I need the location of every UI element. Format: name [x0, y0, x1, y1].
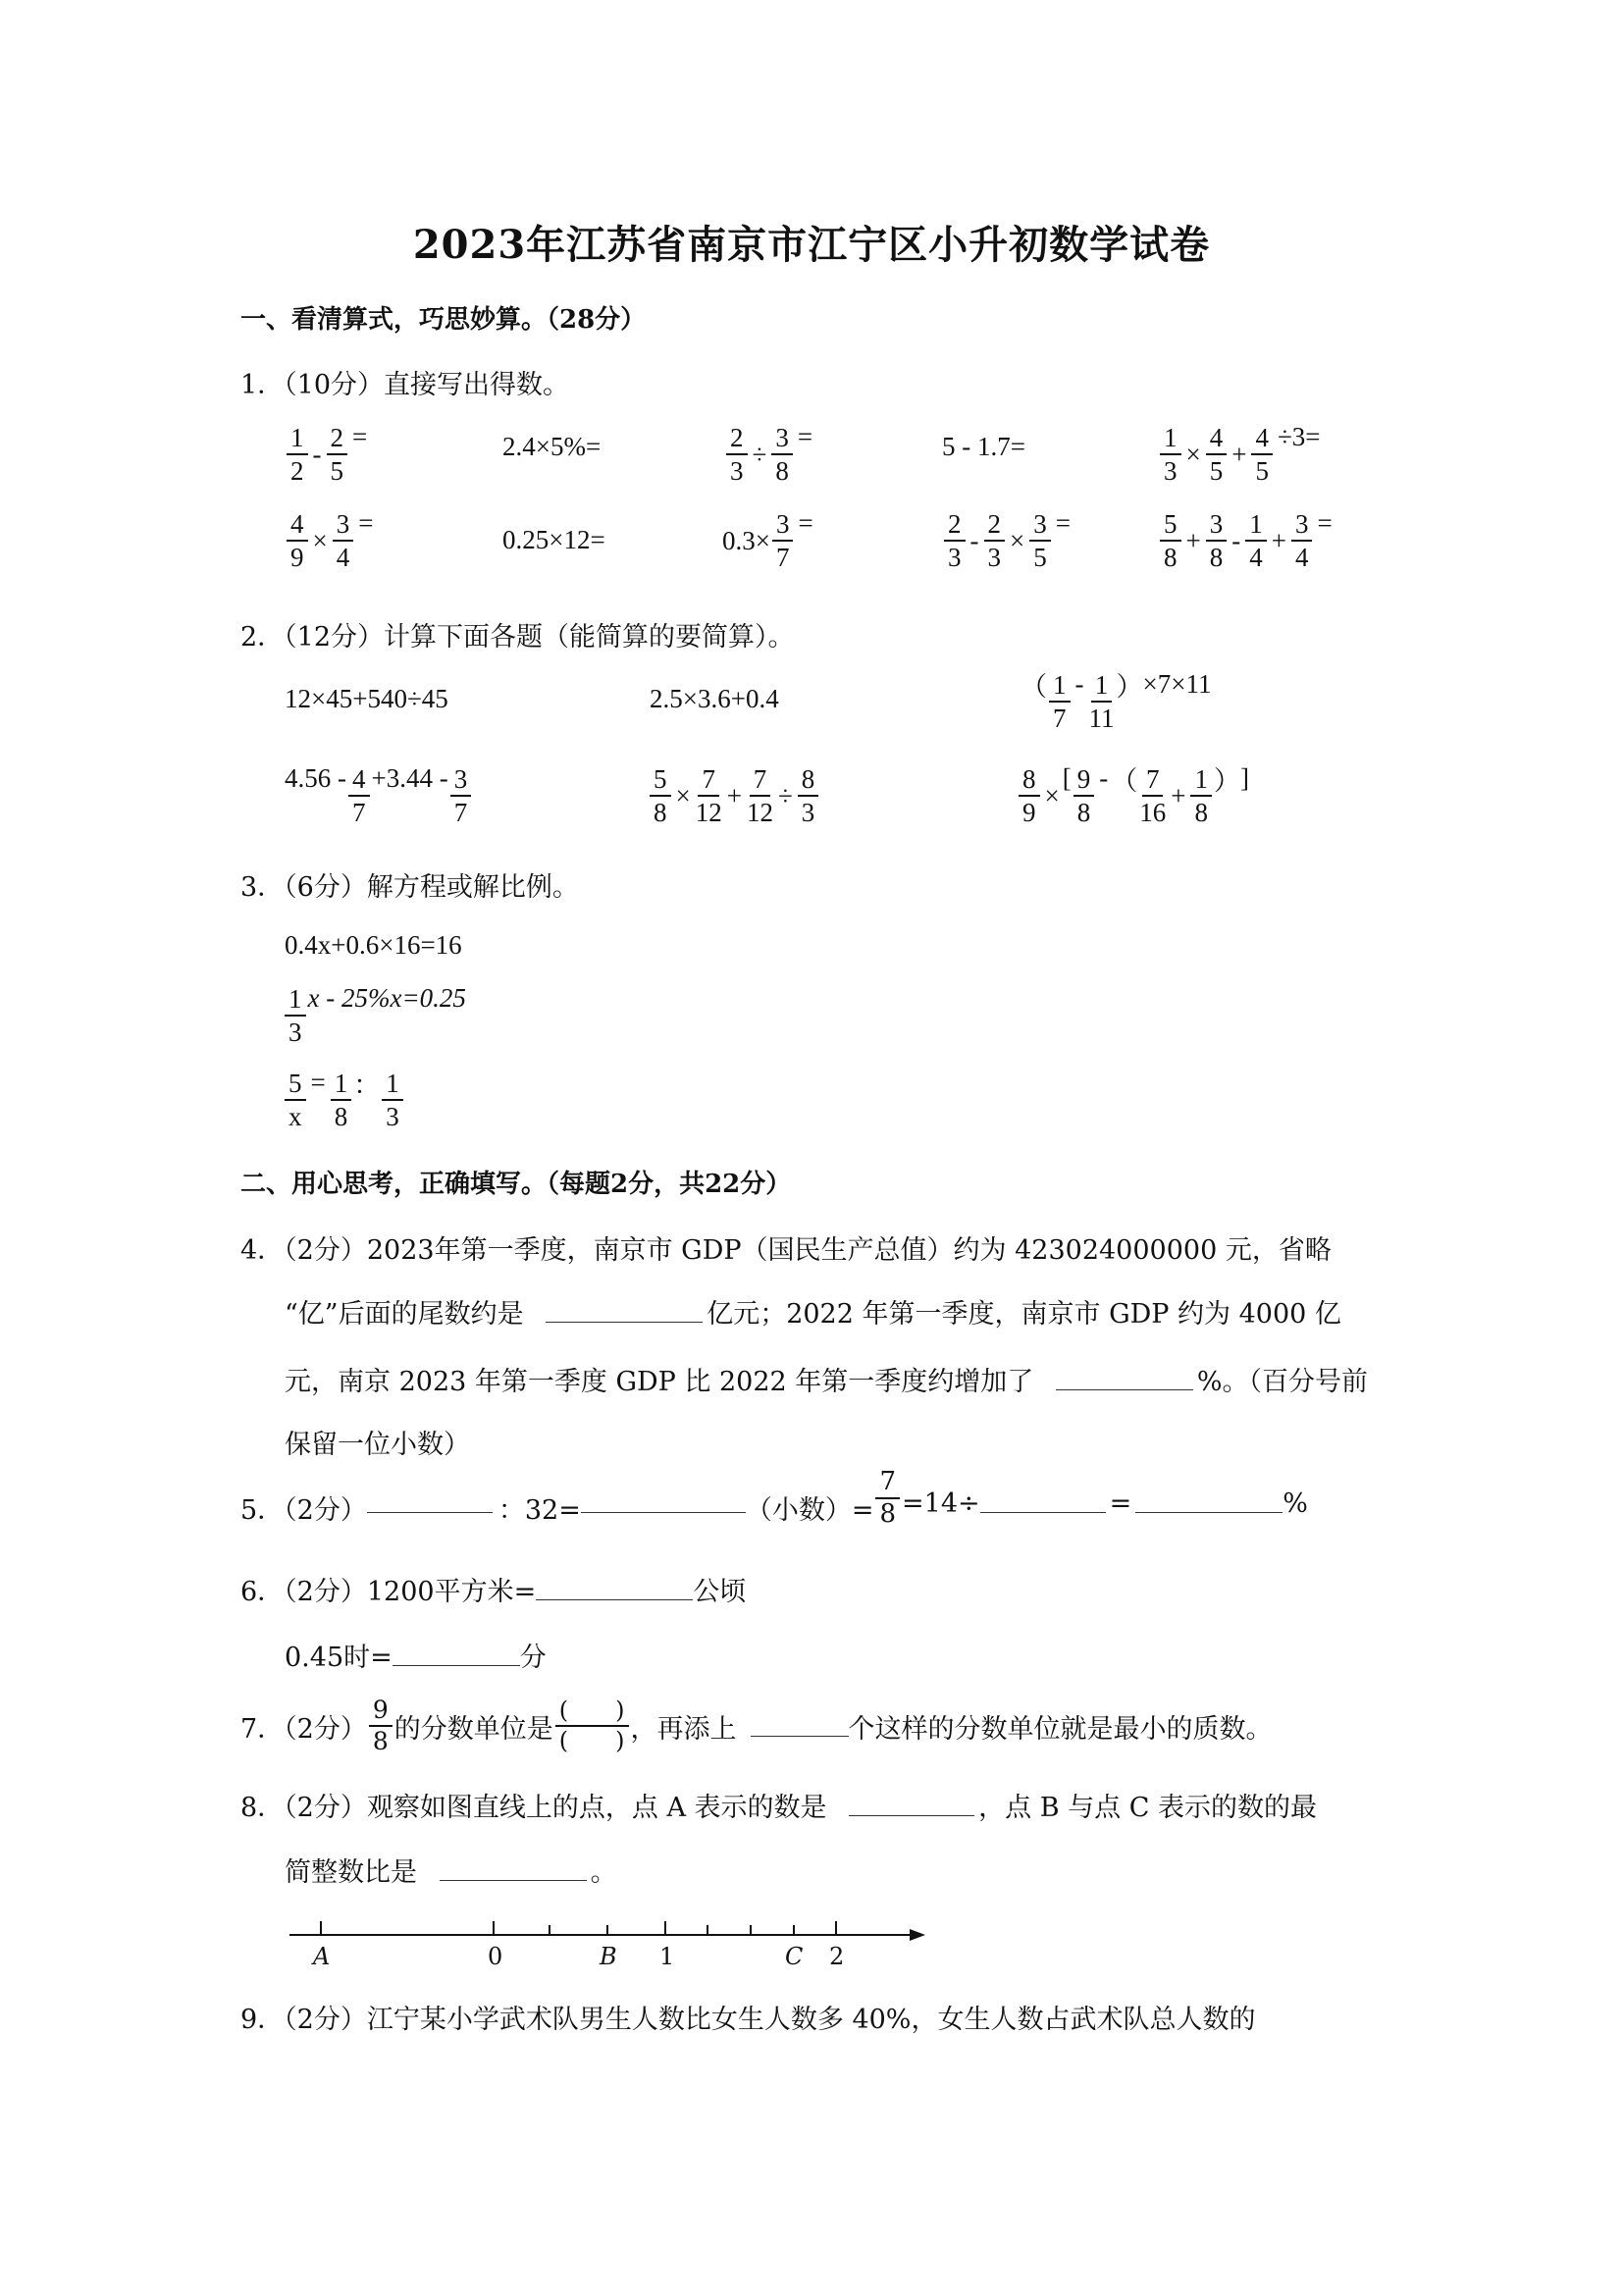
- q4-line-2: “亿”后面的尾数约是 亿元；2022 年第一季度，南京市 GDP 约为 4000…: [285, 1292, 1341, 1331]
- q6-blank-2[interactable]: [393, 1642, 520, 1666]
- number-line-label-1: 1: [659, 1943, 674, 1970]
- q1-item-2: 2.4×5%=: [502, 432, 601, 462]
- q1-item-6: 49 × 34 =: [285, 510, 376, 572]
- number-line-label-a: A: [313, 1943, 330, 1970]
- q2-item-1: 12×45+540÷45: [285, 684, 448, 714]
- q9-line-1: 9．（2分）江宁某小学武术队男生人数比女生人数多 40%，女生人数占武术队总人数…: [240, 1998, 1255, 2036]
- q7-blank[interactable]: [751, 1716, 849, 1737]
- q3-item-3: 5x = 18 ： 13: [283, 1070, 405, 1131]
- q7: 7．（2分） 98 的分数单位是 ( )( ) ，再添上 个这样的分数单位就是最…: [240, 1697, 1273, 1755]
- q8-blank-1[interactable]: [849, 1792, 974, 1816]
- section-1-heading: 一、看清算式，巧思妙算。（28分）: [240, 299, 646, 336]
- number-line-label-2: 2: [829, 1943, 844, 1970]
- q5-blank-2[interactable]: [581, 1488, 746, 1513]
- q2-label: 2．（12分）计算下面各题（能简算的要简算）。: [240, 615, 795, 653]
- q2-item-3: （ 17 - 111 ） ×7×11: [1021, 671, 1211, 733]
- q2-item-5: 58 × 712 + 712 ÷ 83: [648, 765, 820, 827]
- q8-line-2: 简整数比是 。: [285, 1851, 617, 1889]
- number-line: A 0 B 1 C 2: [289, 1904, 927, 1972]
- q5-blank-4[interactable]: [1135, 1488, 1283, 1513]
- q4-blank-2[interactable]: [1056, 1366, 1193, 1390]
- q8-blank-2[interactable]: [440, 1856, 587, 1881]
- q1-item-10: 58 + 38 - 14 + 34 =: [1158, 510, 1335, 572]
- section-2-heading: 二、用心思考，正确填写。（每题2分，共22分）: [240, 1164, 791, 1200]
- q8-line-1: 8．（2分）观察如图直线上的点，点 A 表示的数是 ，点 B 与点 C 表示的数…: [240, 1786, 1317, 1824]
- q5-blank-1[interactable]: [367, 1488, 493, 1513]
- q5-blank-3[interactable]: [980, 1488, 1106, 1513]
- q1-item-9: 23 - 23 × 35 =: [942, 510, 1073, 572]
- q7-fraction-blank[interactable]: ( )( ): [555, 1698, 629, 1753]
- q1-item-4: 5 - 1.7=: [942, 432, 1025, 462]
- q4-line-3: 元，南京 2023 年第一季度 GDP 比 2022 年第一季度约增加了 %。（…: [285, 1360, 1368, 1398]
- q1-item-1: 12 - 25 =: [285, 424, 370, 486]
- q4-line-1: 4．（2分）2023年第一季度，南京市 GDP（国民生产总值）约为 423024…: [240, 1228, 1332, 1267]
- q3-item-2: 13 x - 25%x=0.25: [283, 985, 466, 1047]
- number-line-label-0: 0: [488, 1943, 502, 1970]
- q2-item-4: 4.56 - 47 +3.44 - 37: [285, 765, 473, 827]
- q6-line-1: 6．（2分）1200平方米=公顷: [240, 1570, 746, 1608]
- q6-blank-1[interactable]: [536, 1576, 693, 1600]
- q2-item-2: 2.5×3.6+0.4: [650, 684, 779, 714]
- number-line-label-b: B: [600, 1943, 617, 1970]
- q1-item-7: 0.25×12=: [502, 525, 605, 555]
- number-line-label-c: C: [785, 1943, 803, 1970]
- q3-item-1: 0.4x+0.6×16=16: [285, 930, 462, 961]
- q1-item-8: 0.3× 37 =: [722, 510, 816, 572]
- q1-item-5: 13 × 45 + 45 ÷3=: [1158, 424, 1324, 486]
- q1-label: 1．（10分）直接写出得数。: [240, 363, 569, 401]
- q1-item-3: 23 ÷ 38 =: [724, 424, 815, 486]
- q5: 5．（2分） ：32= （小数）= 78 =14÷ = %: [240, 1488, 1308, 1529]
- page-title: 2023年江苏省南京市江宁区小升初数学试卷: [0, 214, 1623, 270]
- q6-line-2: 0.45时=分: [285, 1636, 547, 1674]
- q4-blank-1[interactable]: [546, 1298, 703, 1323]
- q2-item-6: 89 × [ 98 - （ 716 + 18 ） ]: [1017, 765, 1249, 827]
- q4-line-4: 保留一位小数）: [285, 1423, 470, 1461]
- q3-label: 3．（6分）解方程或解比例。: [240, 865, 579, 904]
- arrow-icon: [910, 1929, 925, 1941]
